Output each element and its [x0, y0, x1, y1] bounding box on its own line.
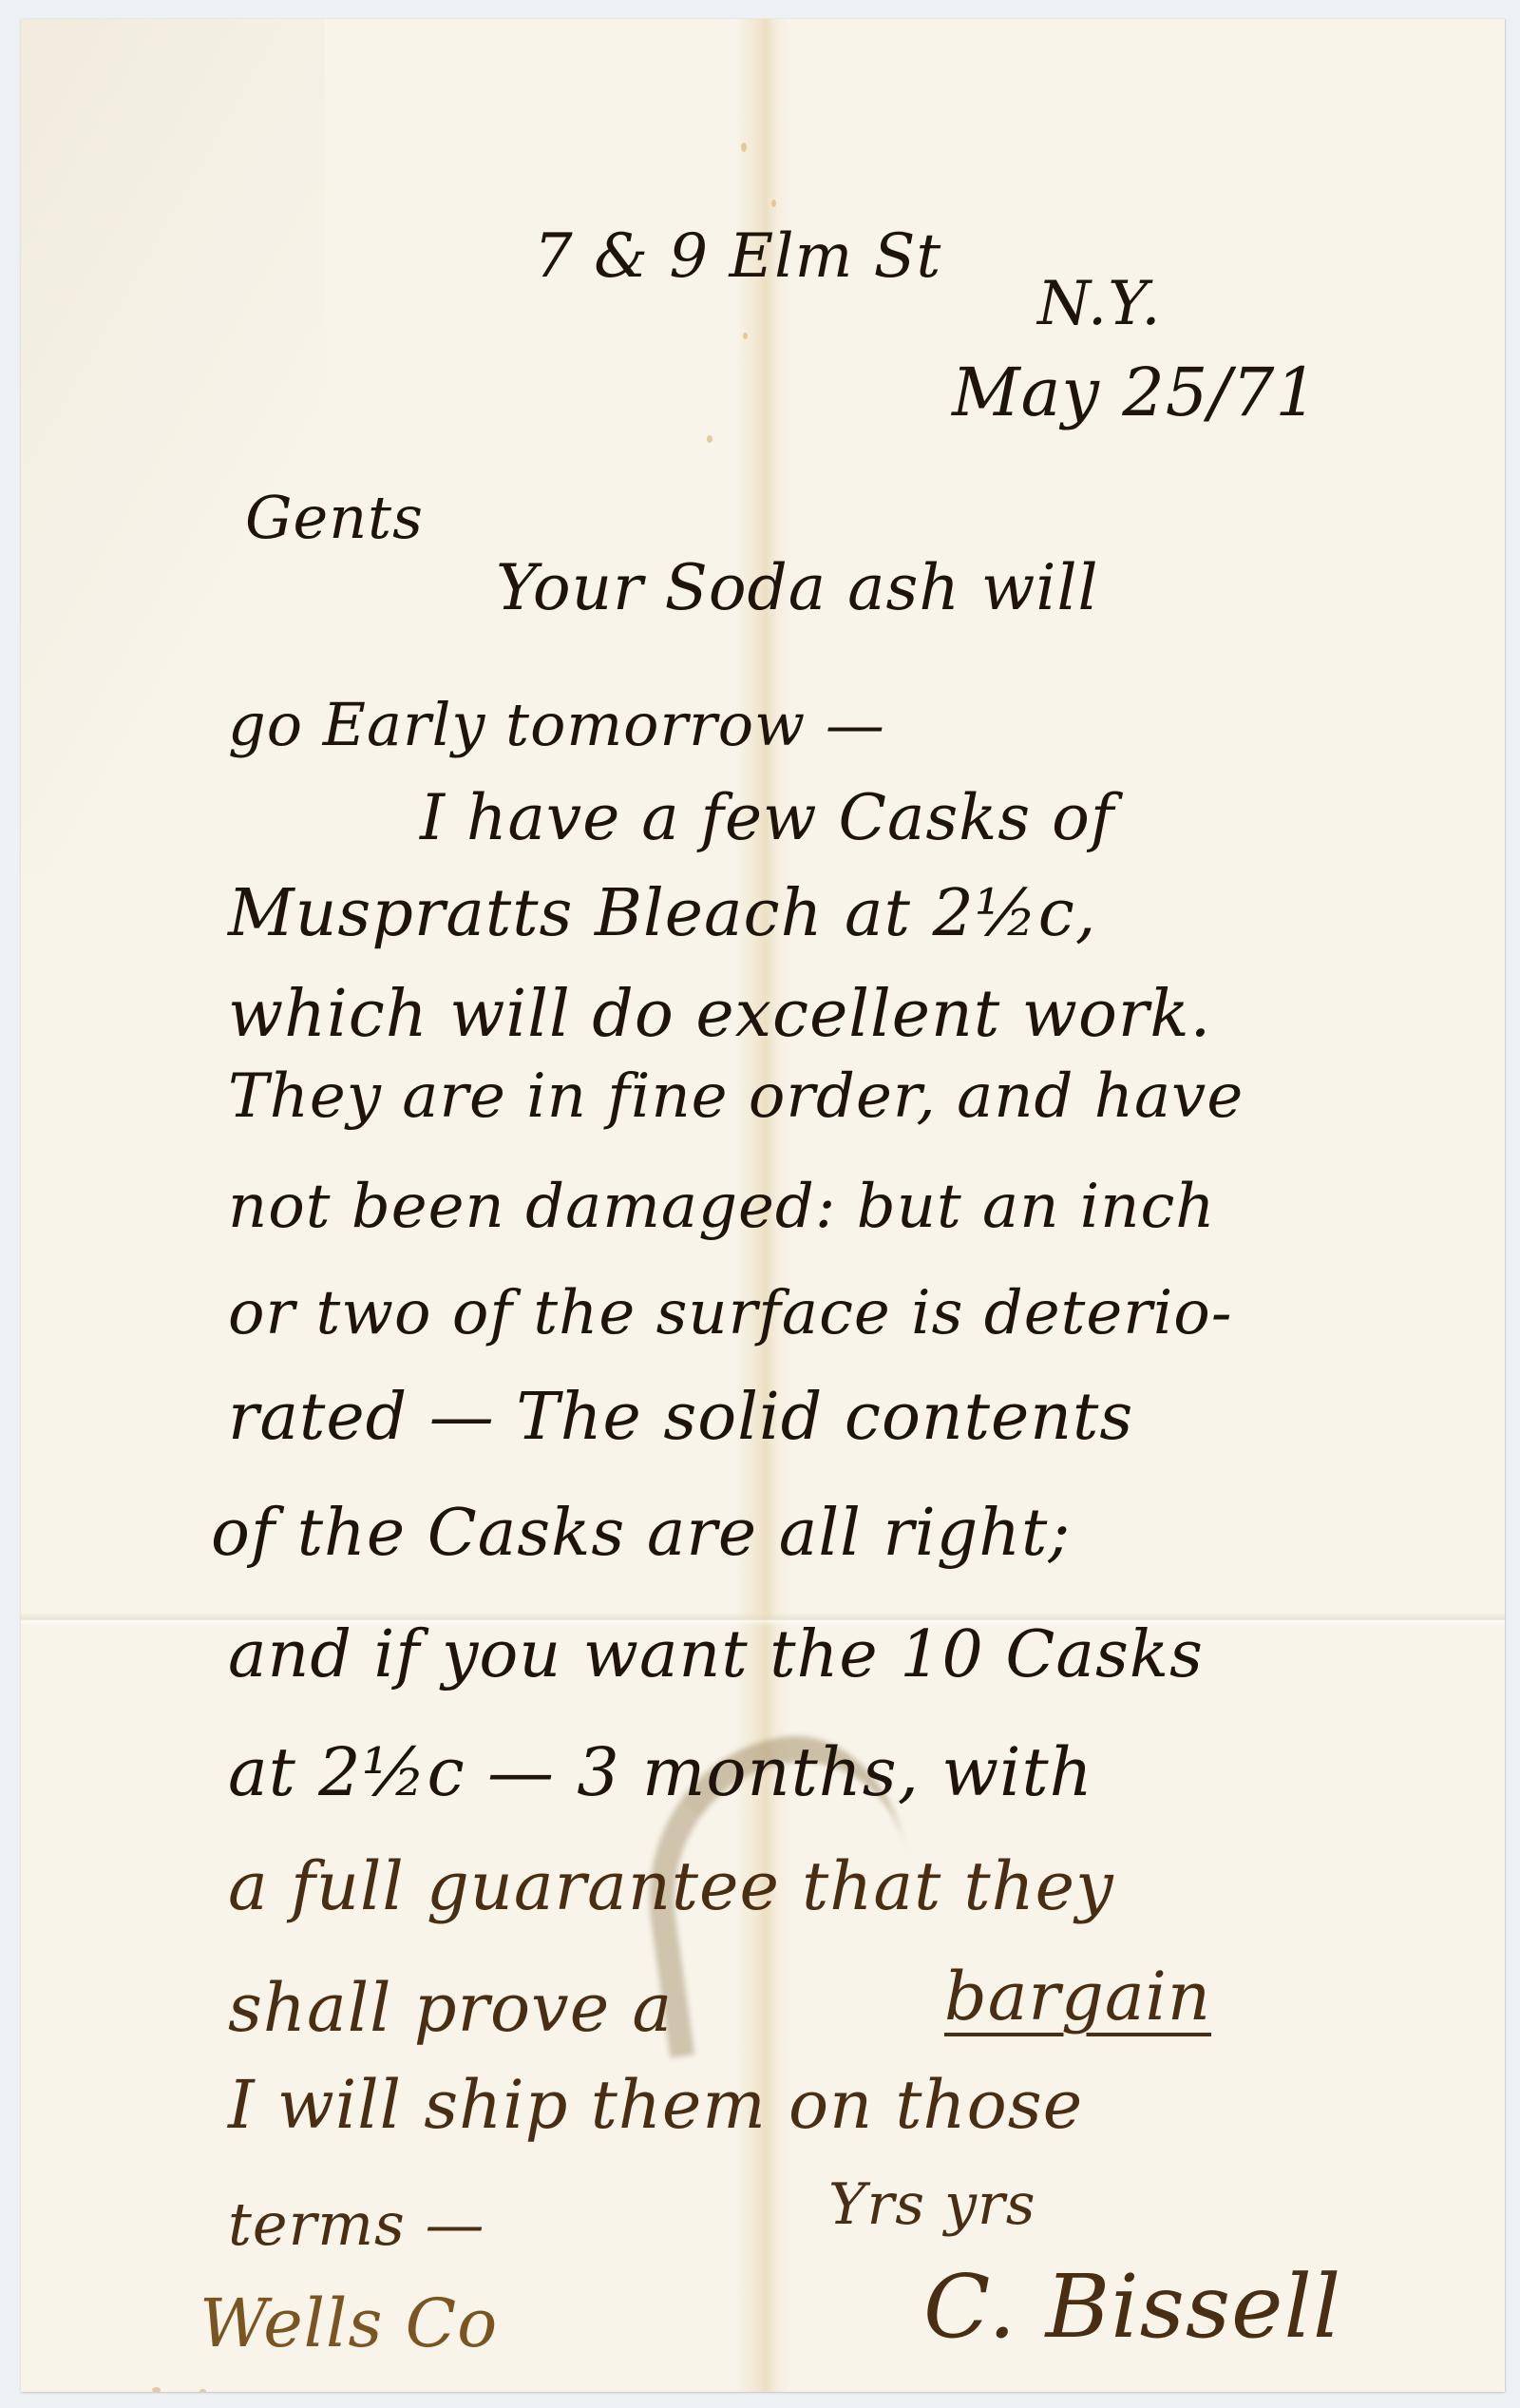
- foxing-spot: [741, 143, 747, 152]
- foxing-spot: [152, 2387, 161, 2392]
- body-line: I will ship them on those: [228, 2072, 1083, 2138]
- body-line: of the Casks are all right;: [211, 1501, 1071, 1566]
- closing: Yrs yrs: [828, 2176, 1036, 2233]
- city-line: N.Y.: [1037, 274, 1162, 334]
- body-line: and if you want the 10 Casks: [228, 1623, 1204, 1688]
- body-line: a full guarantee that they: [228, 1853, 1114, 1920]
- body-line: not been damaged: but an inch: [228, 1176, 1216, 1237]
- body-line: rated — The solid contents: [228, 1386, 1133, 1450]
- body-line: Muspratts Bleach at 2½c,: [228, 882, 1096, 946]
- body-line: go Early tomorrow —: [228, 696, 885, 755]
- recipient-note: Wells Co: [199, 2290, 498, 2357]
- body-line: which will do excellent work.: [228, 983, 1211, 1047]
- body-line: or two of the surface is deterio-: [228, 1283, 1232, 1344]
- foxing-spot: [707, 435, 712, 443]
- foxing-spot: [743, 333, 748, 339]
- address-line: 7 & 9 Elm St: [534, 226, 941, 287]
- foxing-spot: [199, 2389, 206, 2392]
- body-line: They are in fine order, and have: [228, 1066, 1244, 1127]
- salutation: Gents: [245, 488, 424, 547]
- body-line: at 2½c — 3 months, with: [228, 1739, 1093, 1806]
- body-line: terms —: [228, 2195, 485, 2254]
- letter-paper: 7 & 9 Elm St N.Y. May 25/71 Gents Your S…: [21, 19, 1505, 2392]
- body-line: I have a few Casks of: [420, 787, 1114, 850]
- body-line: shall prove a: [228, 1975, 673, 2041]
- body-line: Your Soda ash will: [496, 557, 1099, 620]
- underlined-word-bargain: bargain: [944, 1963, 1211, 2030]
- foxing-spot: [771, 200, 776, 207]
- signature: C. Bissell: [923, 2264, 1341, 2351]
- date-line: May 25/71: [952, 359, 1319, 426]
